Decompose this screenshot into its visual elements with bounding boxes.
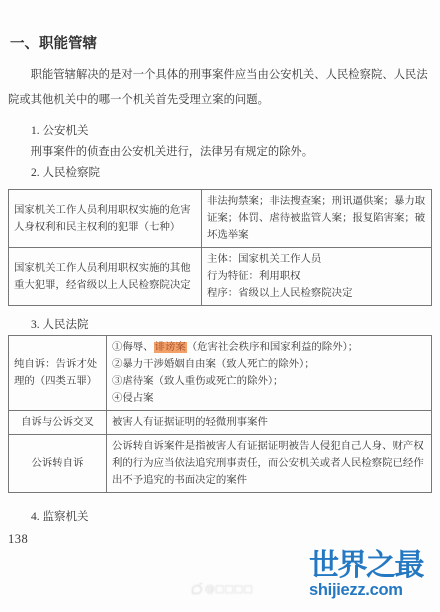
- heading-supervision: 4. 监察机关: [8, 507, 432, 528]
- intro-paragraph: 职能管辖解决的是对一个具体的刑事案件应当由公安机关、人民检察院、人民法院或其他机…: [8, 63, 432, 113]
- converted-prosecution-type-cell: 公诉转自诉: [9, 435, 107, 493]
- site-watermark-url: shijiezz.com: [309, 582, 437, 599]
- page-content: 一、职能管辖 职能管辖解决的是对一个具体的刑事案件应当由公安机关、人民检察院、人…: [0, 36, 440, 528]
- mixed-prosecution-desc-cell: 被害人有证据证明的轻微刑事案件: [107, 411, 432, 435]
- case-line: ②暴力干涉婚姻自由案（致人死亡的除外）；: [112, 356, 426, 373]
- document-page: 一、职能管辖 职能管辖解决的是对一个具体的刑事案件应当由公安机关、人民检察院、人…: [0, 0, 440, 612]
- table-row: 自诉与公诉交叉 被害人有证据证明的轻微刑事案件: [9, 411, 432, 435]
- site-watermark: 世界之最 shijiezz.com: [309, 551, 437, 599]
- section-title: 一、职能管辖: [10, 36, 432, 52]
- crime-category-cell: 国家机关工作人员利用职权实施的危害人身权利和民主权利的犯罪（七种）: [9, 190, 202, 248]
- case-line: ③虐待案（致人重伤或死亡的除外）；: [112, 373, 426, 390]
- heading-court: 3. 人民法院: [8, 315, 432, 335]
- weibo-icon: [192, 585, 202, 594]
- table-row: 公诉转自诉 公诉转自诉案件是指被害人有证据证明被告人侵犯自己人身、财产权利的行为…: [9, 435, 432, 493]
- table-row: 国家机关工作人员利用职权实施的其他重大犯罪，经省级以上人民检察院决定 主体：国家…: [9, 248, 432, 306]
- private-prosecution-type-cell: 纯自诉：告诉才处理的（四类五罪）: [9, 336, 107, 411]
- private-prosecution-cases-cell: ①侮辱、诽谤案（危害社会秩序和国家利益的除外）； ②暴力干涉婚姻自由案（致人死亡…: [107, 336, 432, 411]
- heading-public-security: 1. 公安机关: [8, 121, 432, 142]
- case-conditions-cell: 主体：国家机关工作人员 行为特征：利用职权 程序：省级以上人民检察院决定: [202, 248, 432, 306]
- highlighted-term: 诽谤案: [154, 342, 187, 353]
- case-line-text: （危害社会秩序和国家利益的除外）；: [187, 342, 358, 353]
- case-line: ①侮辱、诽谤案（危害社会秩序和国家利益的除外）；: [112, 339, 426, 356]
- mixed-prosecution-type-cell: 自诉与公诉交叉: [9, 411, 107, 435]
- case-line: ④侵占案: [112, 390, 426, 407]
- public-security-body: 刑事案件的侦查由公安机关进行，法律另有规定的除外。: [8, 142, 432, 163]
- procuratorate-jurisdiction-table: 国家机关工作人员利用职权实施的危害人身权利和民主权利的犯罪（七种） 非法拘禁案；…: [8, 189, 432, 306]
- case-list-cell: 非法拘禁案；非法搜查案；刑讯逼供案；暴力取证案；体罚、虐待被监管人案；报复陷害案…: [202, 190, 432, 248]
- case-line-text: ①侮辱、: [112, 342, 154, 353]
- condition-line: 程序：省级以上人民检察院决定: [207, 285, 426, 302]
- weibo-watermark-text: @□□□□: [205, 584, 253, 595]
- site-watermark-title: 世界之最: [309, 551, 437, 581]
- condition-line: 主体：国家机关工作人员: [207, 251, 426, 268]
- table-row: 纯自诉：告诉才处理的（四类五罪） ①侮辱、诽谤案（危害社会秩序和国家利益的除外）…: [9, 336, 432, 411]
- crime-category-cell: 国家机关工作人员利用职权实施的其他重大犯罪，经省级以上人民检察院决定: [9, 248, 202, 306]
- court-jurisdiction-table: 纯自诉：告诉才处理的（四类五罪） ①侮辱、诽谤案（危害社会秩序和国家利益的除外）…: [8, 335, 432, 493]
- page-number: 138: [8, 532, 28, 547]
- weibo-watermark: @□□□□: [192, 584, 253, 595]
- converted-prosecution-desc-cell: 公诉转自诉案件是指被害人有证据证明被告人侵犯自己人身、财产权利的行为应当依法追究…: [107, 435, 432, 493]
- table-row: 国家机关工作人员利用职权实施的危害人身权利和民主权利的犯罪（七种） 非法拘禁案；…: [9, 190, 432, 248]
- condition-line: 行为特征：利用职权: [207, 268, 426, 285]
- heading-procuratorate: 2. 人民检察院: [8, 163, 432, 184]
